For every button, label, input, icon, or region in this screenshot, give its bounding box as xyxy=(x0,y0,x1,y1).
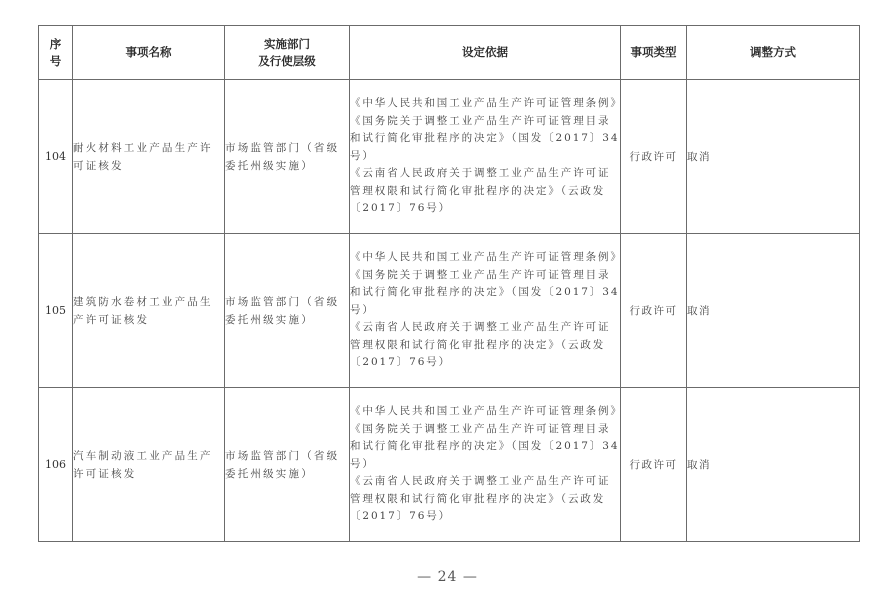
basis-yunnan-decision: 《云南省人民政府关于调整工业产品生产许可证管理权限和试行简化审批程序的决定》（云… xyxy=(350,473,620,526)
basis-state-council-decision: 《国务院关于调整工业产品生产许可证管理目录和试行简化审批程序的决定》（国发〔20… xyxy=(350,113,620,166)
table-header-row: 序 号 事项名称 实施部门 及行使层级 设定依据 事项类型 调整方式 xyxy=(39,26,860,80)
header-basis: 设定依据 xyxy=(350,26,621,80)
header-name: 事项名称 xyxy=(73,26,225,80)
basis-yunnan-decision: 《云南省人民政府关于调整工业产品生产许可证管理权限和试行简化审批程序的决定》（云… xyxy=(350,319,620,372)
header-type: 事项类型 xyxy=(621,26,687,80)
cell-basis: 《中华人民共和国工业产品生产许可证管理条例》 《国务院关于调整工业产品生产许可证… xyxy=(350,234,621,388)
header-dept: 实施部门 及行使层级 xyxy=(225,26,350,80)
basis-regulation: 《中华人民共和国工业产品生产许可证管理条例》 xyxy=(350,403,620,421)
basis-regulation: 《中华人民共和国工业产品生产许可证管理条例》 xyxy=(350,249,620,267)
cell-adjust: 取消 xyxy=(687,80,860,234)
basis-yunnan-decision: 《云南省人民政府关于调整工业产品生产许可证管理权限和试行简化审批程序的决定》（云… xyxy=(350,165,620,218)
header-dept-line1: 实施部门 xyxy=(225,36,349,53)
cell-dept: 市场监管部门（省级委托州级实施） xyxy=(225,388,350,542)
items-table: 序 号 事项名称 实施部门 及行使层级 设定依据 事项类型 调整方式 104 耐… xyxy=(38,25,860,542)
cell-no: 105 xyxy=(39,234,73,388)
table-row: 104 耐火材料工业产品生产许可证核发 市场监管部门（省级委托州级实施） 《中华… xyxy=(39,80,860,234)
cell-no: 104 xyxy=(39,80,73,234)
document-page: 序 号 事项名称 实施部门 及行使层级 设定依据 事项类型 调整方式 104 耐… xyxy=(0,0,895,600)
basis-state-council-decision: 《国务院关于调整工业产品生产许可证管理目录和试行简化审批程序的决定》（国发〔20… xyxy=(350,421,620,474)
basis-state-council-decision: 《国务院关于调整工业产品生产许可证管理目录和试行简化审批程序的决定》（国发〔20… xyxy=(350,267,620,320)
cell-type: 行政许可 xyxy=(621,80,687,234)
cell-dept: 市场监管部门（省级委托州级实施） xyxy=(225,80,350,234)
cell-name: 耐火材料工业产品生产许可证核发 xyxy=(73,80,225,234)
cell-basis: 《中华人民共和国工业产品生产许可证管理条例》 《国务院关于调整工业产品生产许可证… xyxy=(350,388,621,542)
header-no: 序 号 xyxy=(39,26,73,80)
page-number: — 24 — xyxy=(0,569,895,585)
header-adjust: 调整方式 xyxy=(687,26,860,80)
cell-basis: 《中华人民共和国工业产品生产许可证管理条例》 《国务院关于调整工业产品生产许可证… xyxy=(350,80,621,234)
table-row: 105 建筑防水卷材工业产品生产许可证核发 市场监管部门（省级委托州级实施） 《… xyxy=(39,234,860,388)
header-dept-line2: 及行使层级 xyxy=(225,53,349,70)
header-no-line1: 序 xyxy=(39,36,72,53)
header-no-line2: 号 xyxy=(39,53,72,70)
cell-no: 106 xyxy=(39,388,73,542)
basis-regulation: 《中华人民共和国工业产品生产许可证管理条例》 xyxy=(350,95,620,113)
table-row: 106 汽车制动液工业产品生产许可证核发 市场监管部门（省级委托州级实施） 《中… xyxy=(39,388,860,542)
cell-type: 行政许可 xyxy=(621,234,687,388)
cell-type: 行政许可 xyxy=(621,388,687,542)
cell-name: 建筑防水卷材工业产品生产许可证核发 xyxy=(73,234,225,388)
cell-name: 汽车制动液工业产品生产许可证核发 xyxy=(73,388,225,542)
cell-adjust: 取消 xyxy=(687,234,860,388)
cell-dept: 市场监管部门（省级委托州级实施） xyxy=(225,234,350,388)
cell-adjust: 取消 xyxy=(687,388,860,542)
